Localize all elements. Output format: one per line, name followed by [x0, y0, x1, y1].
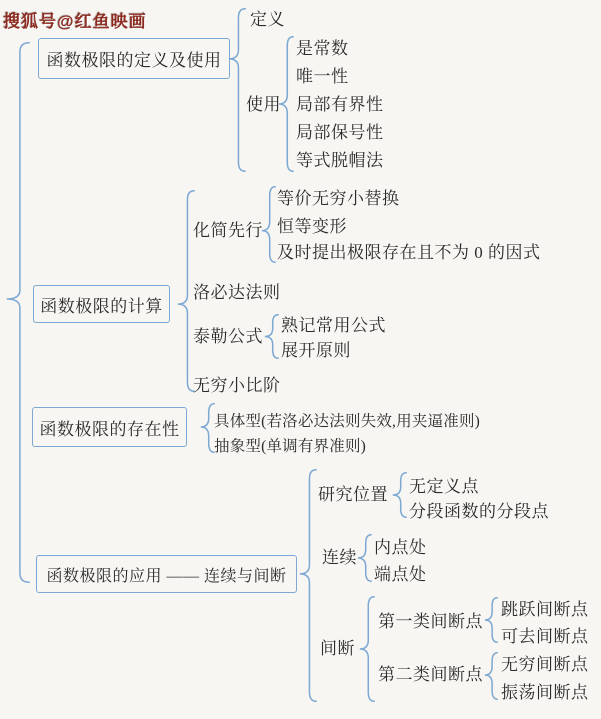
node-type1-item: 跳跃间断点: [501, 600, 589, 620]
node-simplify-item: 等价无穷小替换: [277, 189, 400, 209]
node-usage-item: 唯一性: [296, 67, 349, 87]
node-position-item: 无定义点: [409, 477, 479, 497]
root-brace: [6, 42, 30, 583]
branch1-box: 函数极限的定义及使用: [38, 38, 230, 79]
node-type2-item: 无穷间断点: [501, 655, 589, 675]
node-taylor: 泰勒公式: [193, 327, 263, 347]
node-position: 研究位置: [318, 485, 388, 505]
node-simplify: 化简先行: [193, 221, 263, 241]
node-type1-item: 可去间断点: [501, 627, 589, 647]
type2-brace: [484, 652, 498, 700]
node-existence-item: 抽象型(单调有界准则): [214, 437, 366, 457]
continuity-brace: [357, 534, 372, 582]
branch3-box: 函数极限的存在性: [32, 407, 187, 447]
node-simplify-item: 及时提出极限存在且不为 0 的因式: [277, 243, 541, 263]
node-simplify-item: 恒等变形: [277, 217, 347, 237]
node-infinitesimal-order: 无穷小比阶: [193, 376, 281, 396]
branch4-box: 函数极限的应用 —— 连续与间断: [36, 555, 297, 593]
discontinuity-brace: [359, 596, 375, 702]
node-usage-item: 局部保号性: [296, 123, 384, 143]
node-type2: 第二类间断点: [378, 665, 483, 685]
branch3-brace: [200, 403, 215, 453]
node-usage-item: 是常数: [296, 39, 349, 59]
position-brace: [392, 472, 407, 518]
usage-brace: [278, 36, 294, 172]
branch1-brace: [228, 8, 246, 172]
node-usage-item: 等式脱帽法: [296, 151, 384, 171]
type1-brace: [484, 597, 498, 643]
node-type1: 第一类间断点: [378, 612, 483, 632]
watermark: 搜狐号@红鱼映画: [3, 7, 147, 32]
simplify-brace: [261, 186, 276, 263]
node-position-item: 分段函数的分段点: [409, 502, 549, 522]
node-usage-item: 局部有界性: [296, 95, 384, 115]
node-continuity: 连续: [322, 548, 357, 568]
node-usage: 使用: [246, 95, 281, 115]
node-type2-item: 振荡间断点: [501, 683, 589, 703]
node-continuity-item: 端点处: [374, 565, 427, 585]
node-taylor-item: 展开原则: [281, 341, 351, 361]
node-existence-item: 具体型(若洛必达法则失效,用夹逼准则): [214, 412, 480, 432]
node-taylor-item: 熟记常用公式: [281, 316, 386, 336]
taylor-brace: [264, 314, 279, 359]
node-lhopital: 洛必达法则: [193, 283, 281, 303]
node-discontinuity: 间断: [320, 639, 355, 659]
mindmap-canvas: 搜狐号@红鱼映画 函数极限的定义及使用 定义 使用 是常数 唯一性 局部有界性 …: [0, 0, 601, 719]
branch4-brace: [299, 469, 317, 702]
node-definition: 定义: [250, 10, 285, 30]
node-continuity-item: 内点处: [374, 538, 427, 558]
branch2-box: 函数极限的计算: [33, 285, 170, 323]
